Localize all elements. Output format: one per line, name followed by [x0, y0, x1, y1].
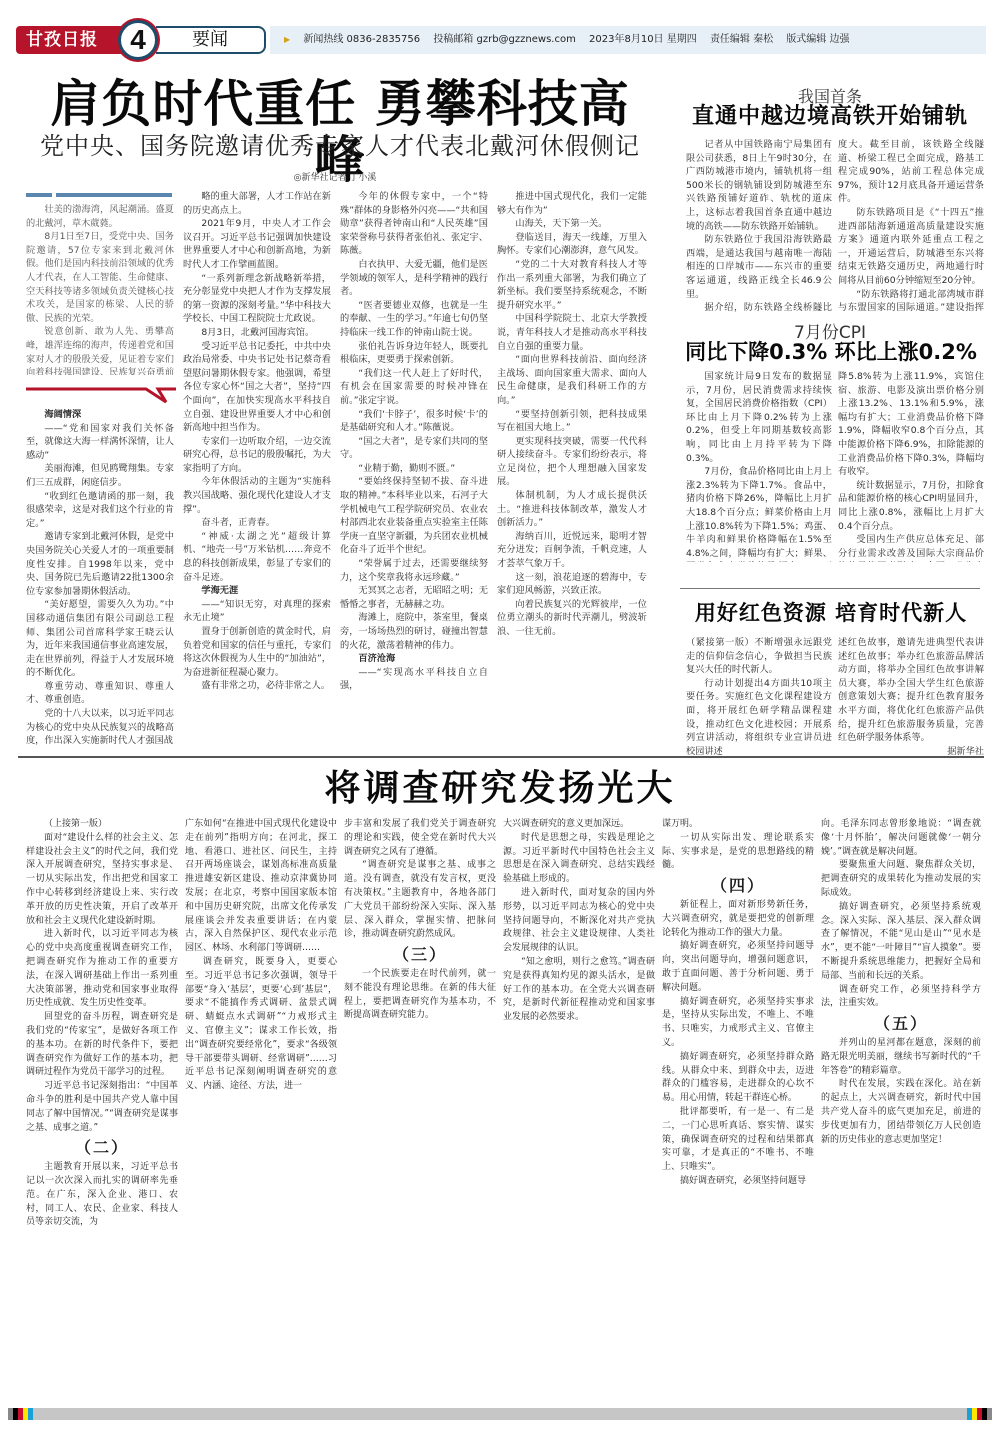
paragraph: 搞好调查研究，必须坚持群众路线。从群众中来、到群众中去，迈进群众的门槛容易，走进…: [662, 1051, 814, 1106]
swatch-gray: [987, 1408, 992, 1420]
paragraph: 一切从实际出发、理论联系实际、实事求是，是党的思想路线的精髓。: [662, 832, 814, 873]
paragraph: 新征程上，面对新形势新任务，大兴调查研究，就是要把党的创新理论转化为推动工作的强…: [662, 899, 814, 940]
paragraph: 时代在发展，实践在深化。站在新的起点上，大兴调查研究，新时代中国共产党人奋斗的底…: [821, 1078, 981, 1147]
paragraph: 行动计划提出4方面共10项主要任务。实施红色文化课程建设方面，将开展红色研学精品…: [686, 677, 832, 758]
page-number-badge: 4: [118, 20, 158, 60]
section-divider: [18, 756, 984, 758]
paragraph: 大兴调查研究的意义更加深远。: [503, 818, 655, 832]
paragraph: 降5.8%转为上涨11.9%，宾馆住宿、旅游、电影及演出票价格分别上涨13.2%…: [838, 370, 984, 479]
section-number: （二）: [26, 1141, 178, 1155]
paragraph: 盛有非常之功，必待非常之人。: [183, 679, 331, 693]
lead-byline: ◎新华社记者 丁小溪: [260, 170, 410, 183]
paragraph: 步丰富和发展了我们党关于调查研究的理论和实践，使全党在新时代大兴调查研究之风有了…: [344, 818, 496, 859]
paragraph: 回望党的奋斗历程，调查研究是我们党的“传家宝”，是做好各项工作的基本功。在新的时…: [26, 1011, 178, 1080]
layout-editor-credit: 版式编辑 边强: [786, 34, 849, 45]
paragraph: 海纳百川，近悦远来，聪明才智充分迸发；百舸争流，千帆竞速，人才荟萃气象万千。: [497, 530, 647, 571]
paragraph: 搞好调查研究，必须坚持实事求是，坚持从实际出发，不唯上、不唯书、只唯实，力戒形式…: [662, 996, 814, 1051]
paragraph: 调查研究工作，必须坚持科学方法，注重实效。: [821, 984, 981, 1012]
paragraph: 体制机制，为人才成长提供沃土。“推进科技体制改革，激发人才创新活力。”: [497, 489, 647, 530]
paragraph: 这一刻，浪花追逐的碧海中，专家们迎风畅游，兴致正浓。: [497, 571, 647, 598]
paragraph: “要始终保持坚韧不拔、奋斗进取的精神。”本科毕业以来，石河子大学机械电气工程学院…: [340, 475, 488, 557]
paragraph: 搞好调查研究，必须坚持问题导: [662, 1175, 814, 1189]
paragraph: “防东铁路将打通北部湾城市群与东盟国家的国际通道。”建设指挥部副指挥长廖刚说。: [838, 288, 984, 314]
rail-headline: 直通中越边境高铁开始铺轨: [680, 102, 980, 132]
rail-column-1: 记者从中国铁路南宁局集团有限公司获悉，8日上午9时30分，在广西防城港市境内，铺…: [686, 138, 832, 314]
paragraph: 据介绍，防东铁路全线桥隧比达68%，长钢轨运输和铺设风险高、难: [686, 301, 832, 314]
paragraph: “神威·太湖之光”超级计算机、“地壳一号”万米钻机……奔竞不息的科技创新成果，彰…: [183, 530, 331, 584]
section-number: （三）: [344, 948, 496, 962]
paragraph: 今年的休假专家中，一个“特殊”群体的身影格外闪亮——“共和国勋章”获得者钟南山和…: [340, 190, 488, 258]
paragraph: “知之愈明，则行之愈笃。”调查研究是获得真知灼见的源头活水，是做好工作的基本功。…: [503, 956, 655, 1025]
section-number: （四）: [662, 879, 814, 893]
lead-column-3: 今年的休假专家中，一个“特殊”群体的身影格外闪亮——“共和国勋章”获得者钟南山和…: [340, 190, 488, 760]
paragraph: 邀请专家到北戴河休假，是党中央国务院关心关爱人才的一项重要制度性安排。自1998…: [26, 530, 174, 598]
paragraph: 防东铁路位于我国沿海铁路最西端，是通达我国与越南唯一海陆相连的口岸城市——东兴市…: [686, 233, 832, 301]
paragraph: 面对“建设什么样的社会主义、怎样建设社会主义”的时代之问，我们党深入开展调查研究…: [26, 832, 178, 929]
paragraph: （紧接第一版）不断增强永远跟党走的信仰信念信心，争做担当民族复兴大任的时代新人。: [686, 636, 832, 677]
paragraph: 进入新时代，面对复杂的国内外形势，以习近平同志为核心的党中央坚持问题导向，不断深…: [503, 887, 655, 956]
paragraph: “我们这一代人赶上了好时代，有机会在国家需要的时候冲锋在前。”张定宇说。: [340, 367, 488, 408]
paragraph: 批评都要听，有一是一、有二是二，一门心思听真话、察实情、谋实策，确保调查研究的过…: [662, 1106, 814, 1175]
paragraph: 记者从中国铁路南宁局集团有限公司获悉，8日上午9时30分，在广西防城港市境内，铺…: [686, 138, 832, 233]
red-wave-divider: [26, 384, 176, 404]
paragraph: 度大。截至目前，该铁路全线隧道、桥梁工程已全面完成，路基工程完成90%，站前工程…: [838, 138, 984, 206]
paragraph: “要坚持创新引领，把科技成果写在祖国大地上。”: [497, 408, 647, 435]
paragraph: 谋万明。: [662, 818, 814, 832]
paragraph: 置身于创新创造的黄金时代，肩负着党和国家的信任与重托，专家们将这次休假视为人生中…: [183, 625, 331, 679]
red-resource-column-1: （紧接第一版）不断增强永远跟党走的信仰信念信心，争做担当民族复兴大任的时代新人。…: [686, 636, 832, 758]
research-column-4: 大兴调查研究的意义更加深远。 时代是思想之母，实践是理论之源。习近平新时代中国特…: [503, 818, 655, 1398]
quote: ——“党和国家对我们关怀备至，就像这大海一样满怀深情，让人感动”: [26, 422, 174, 463]
paragraph: 受习近平总书记委托，中共中央政治局常委、中央书记处书记蔡奇看望慰问暑期休假专家。…: [183, 340, 331, 435]
red-resource-column-2: 述红色故事，邀请先进典型代表讲述红色故事；举办红色旅游品牌活动方面，将举办全国红…: [838, 636, 984, 758]
research-column-2: 广东如何“在推进中国式现代化建设中走在前列”指明方向；在河北，探工地、看港口、进…: [185, 818, 337, 1398]
quote: ——“实现高水平科技自立自强，: [340, 666, 488, 693]
paragraph: 广东如何“在推进中国式现代化建设中走在前列”指明方向；在河北，探工地、看港口、进…: [185, 818, 337, 956]
print-registration-bar: [8, 1408, 992, 1420]
section-number: （五）: [821, 1017, 981, 1031]
paragraph: “医者要德业双修，也就是一生的奉献、一生的学习。”年逾七旬仍坚持临床一线工作的钟…: [340, 299, 488, 340]
continuation-note: （上接第一版）: [26, 818, 178, 832]
paragraph: 8月1日至7日，受党中央、国务院邀请，57位专家来到北戴河休假。他们是国内科技前…: [26, 230, 174, 325]
research-column-3: 步丰富和发展了我们党关于调查研究的理论和实践，使全党在新时代大兴调查研究之风有了…: [344, 818, 496, 1398]
editor-credit: 责任编辑 秦松: [710, 34, 773, 45]
paragraph: 主题教育开展以来，习近平总书记以一次次深入而扎实的调研率先垂范。在广东，深入企业…: [26, 1161, 178, 1230]
paragraph: 8月3日，北戴河国海宾馆。: [183, 326, 331, 340]
paragraph: 7月份，食品价格同比由上月上涨2.3%转为下降1.7%。食品中，猪肉价格下降26…: [686, 465, 832, 562]
research-column-1: （上接第一版） 面对“建设什么样的社会主义、怎样建设社会主义”的时代之问，我们党…: [26, 818, 178, 1398]
paragraph: 进入新时代，以习近平同志为核心的党中央高度重视调查研究工作，把调查研究作为推动工…: [26, 928, 178, 1011]
cpi-column-2: 降5.8%转为上涨11.9%，宾馆住宿、旅游、电影及演出票价格分别上涨13.2%…: [838, 370, 984, 562]
paragraph: “收到红色邀请函的那一刻，我很感荣幸，这是对我们这个行业的肯定。”: [26, 490, 174, 531]
hotline: 新闻热线 0836-2835756: [303, 34, 420, 45]
paragraph: 调查研究，既要身入，更要心至。习近平总书记多次强调，领导干部要“身入‘基层’，更…: [185, 956, 337, 1094]
paragraph: 搞好调查研究，必须坚持问题导向，突出问题导向，增强问题意识，敢于直面问题、善于分…: [662, 940, 814, 995]
paragraph: 壮美的渤海湾，风起潮涌。盛夏的北戴河，草木葳蕤。: [26, 203, 174, 230]
lead-column-1: 海阔情深 ——“党和国家对我们关怀备至，就像这大海一样满怀深情，让人感动” 美丽…: [26, 408, 174, 760]
paragraph: 山海关，天下第一关。: [497, 217, 647, 231]
subheading: 学海无涯: [183, 584, 331, 598]
paragraph: 向。毛泽东同志曾形象地说：“调查就像‘十月怀胎’，解决问题就像‘一朝分娩’。”调…: [821, 818, 981, 859]
triangle-arrow-icon: ▶: [284, 35, 290, 44]
paragraph: 国家统计局9日发布的数据显示，7月份，居民消费需求持续恢复，全国居民消费价格指数…: [686, 370, 832, 465]
research-headline: 将调查研究发扬光大: [300, 767, 700, 811]
research-column-6: 向。毛泽东同志曾形象地说：“调查就像‘十月怀胎’，解决问题就像‘一朝分娩’。”调…: [821, 818, 981, 1398]
subheading: 百济沧海: [340, 652, 488, 666]
paragraph: 白衣执甲、大爱无疆，他们是医学领域的领军人，是科学精神的践行者。: [340, 258, 488, 299]
paragraph: 推进中国式现代化，我们一定能够大有作为”: [497, 190, 647, 217]
lead-subheadline: 党中央、国务院邀请优秀专家人才代表北戴河休假侧记: [20, 132, 660, 160]
submission-email: 投稿邮箱 gzrb@gzznews.com: [433, 34, 576, 45]
paragraph: “我们‘卡脖子’，很多时候‘卡’的是基础研究和人才。”陈薇说。: [340, 408, 488, 435]
red-resource-headline: 用好红色资源 培育时代新人: [678, 598, 984, 628]
paragraph: “国之大者”，是专家们共同的坚守。: [340, 435, 488, 462]
paragraph: “美好愿望，需要久久为功。”中国移动通信集团有限公司副总工程师、集团公司首席科学…: [26, 598, 174, 680]
cpi-headline: 同比下降0.3% 环比上涨0.2%: [676, 338, 986, 366]
paragraph: 略的重大部署，人才工作站在新的历史高点上。: [183, 190, 331, 217]
paragraph: 并列山的星河都在题意，深刻的前路无限光明美丽，继续书写新时代的“千年答卷”的精彩…: [821, 1037, 981, 1078]
paragraph: 搞好调查研究，必须坚持系统观念。深入实际、深入基层、深入群众调查了解情况，不能“…: [821, 901, 981, 984]
paragraph: 统计数据显示，7月份，扣除食品和能源价格的核心CPI明显回升，同比上涨0.8%，…: [838, 479, 984, 533]
quote: ——“知识无穷，对真理的探索永无止境”: [183, 598, 331, 625]
paragraph: “业精于勤，勤则不匮。”: [340, 462, 488, 476]
intro-rule-short: [26, 193, 52, 197]
paragraph: 防东铁路项目是《“十四五”推进西部陆海新通道高质量建设实施方案》通道内联外延重点…: [838, 206, 984, 288]
paragraph: 专家们一边听取介绍，一边交流研究心得，总书记的殷殷嘱托，为大家指明了方向。: [183, 435, 331, 476]
paragraph: 美丽海滩，但见鸥鹭翔集。专家们三五成群，闲庭信步。: [26, 462, 174, 489]
paragraph: 张伯礼告诉身边年轻人，既要扎根临床，更要勇于探索创新。: [340, 340, 488, 367]
paragraph: 海滩上，庭院中，茶室里，餐桌旁，一场场热烈的研讨，碰撞出智慧的火花，激荡着精神的…: [340, 611, 488, 652]
paragraph: 中国科学院院士、北京大学教授说，青年科技人才是推动高水平科技自立自强的重要力量。: [497, 312, 647, 353]
paragraph: 受国内生产供应总体充足、部分行业需求改善及国际大宗商品价格传导等因素影响，全国工…: [838, 533, 984, 562]
paragraph: 登临送目，海天一线雄，万里入胸怀。专家们心潮澎湃，意气风发。: [497, 231, 647, 258]
paragraph: 要聚焦重大问题、聚焦群众关切，把调查研究的成果转化为推动发展的实际成效。: [821, 859, 981, 900]
paragraph: 2021年9月，中央人才工作会议召开。习近平总书记强调加快建设世界重要人才中心和…: [183, 217, 331, 271]
issue-date: 2023年8月10日 星期四: [589, 34, 697, 45]
paragraph: 锐意创新、敢为人先、勇攀高峰，雄浑连绵的海声，传递着党和国家对人才的殷殷关爱，见…: [26, 325, 174, 375]
subheading: 海阔情深: [26, 408, 174, 422]
intro-rule-long: [56, 193, 172, 197]
paragraph: “面向世界科技前沿、面向经济主战场、面向国家重大需求、面向人民生命健康，是我们科…: [497, 353, 647, 407]
paragraph: 一个民族要走在时代前列，就一刻不能没有理论思维。在新的伟大征程上，要把调查研究作…: [344, 968, 496, 1023]
cpi-column-1: 国家统计局9日发布的数据显示，7月份，居民消费需求持续恢复，全国居民消费价格指数…: [686, 370, 832, 562]
rail-column-2: 度大。截至目前，该铁路全线隧道、桥梁工程已全面完成，路基工程完成90%，站前工程…: [838, 138, 984, 314]
paragraph: 尊重劳动、尊重知识、尊重人才、尊重创造。: [26, 680, 174, 707]
paragraph: “荣誉属于过去，还需要继续努力，这个奖章我将永远珍藏。”: [340, 557, 488, 584]
paragraph: 习近平总书记深刻指出：“中国革命斗争的胜利是中国共产党人靠中国同志了解中国情况。…: [26, 1080, 178, 1135]
paragraph: 述红色故事，邀请先进典型代表讲述红色故事；举办红色旅游品牌活动方面，将举办全国红…: [838, 636, 984, 745]
divider: [680, 588, 980, 589]
paragraph: 今年休假活动的主题为“实施科教兴国战略、强化现代化建设人才支撑”。: [183, 475, 331, 516]
paragraph: “调查研究是谋事之基、成事之道。没有调查，就没有发言权，更没有决策权。”主题教育…: [344, 859, 496, 942]
paragraph: 党的十八大以来，以习近平同志为核心的党中央从民族复兴的战略高度，作出深入实施新时…: [26, 707, 174, 748]
research-column-5: 谋万明。 一切从实际出发、理论联系实际、实事求是，是党的思想路线的精髓。 （四）…: [662, 818, 814, 1398]
paragraph: 奋斗者，正青春。: [183, 516, 331, 530]
paragraph: 向着民族复兴的光辉彼岸，一位位勇立潮头的新时代弄潮儿，劈波斩浪、一往无前。: [497, 598, 647, 639]
lead-column-2: 略的重大部署，人才工作站在新的历史高点上。 2021年9月，中央人才工作会议召开…: [183, 190, 331, 760]
info-bar: ▶ 新闻热线 0836-2835756 投稿邮箱 gzrb@gzznews.co…: [270, 26, 986, 54]
paragraph: 无冥冥之志者，无昭昭之明；无惛惛之事者，无赫赫之功。: [340, 584, 488, 611]
masthead: 甘孜日报 要闻 4 ▶ 新闻热线 0836-2835756 投稿邮箱 gzrb@…: [0, 20, 1000, 60]
lead-column-4: 推进中国式现代化，我们一定能够大有作为” 山海关，天下第一关。 登临送目，海天一…: [497, 190, 647, 760]
paragraph: “一系列新理念新战略新举措，充分彰显党中央把人才作为支撑发展的第一资源的深刻考量…: [183, 272, 331, 326]
newspaper-logo: 甘孜日报: [16, 26, 126, 54]
section-name: 要闻: [156, 26, 266, 54]
paragraph: 时代是思想之母，实践是理论之源。习近平新时代中国特色社会主义思想是在深入调查研究…: [503, 832, 655, 887]
paragraph: “党的二十大对教育科技人才等作出一系列重大部署，为我们确立了新坐标。我们要坚持系…: [497, 258, 647, 312]
lead-intro: 壮美的渤海湾，风起潮涌。盛夏的北戴河，草木葳蕤。 8月1日至7日，受党中央、国务…: [26, 203, 174, 375]
paragraph: 更实现科技突破，需要一代代科研人接续奋斗。专家们纷纷表示，将立足岗位，把个人理想…: [497, 435, 647, 489]
